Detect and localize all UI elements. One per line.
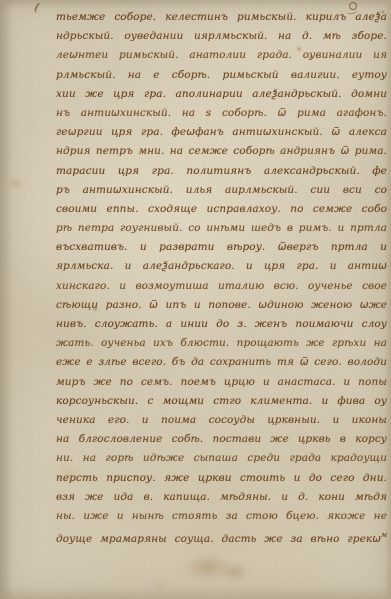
manuscript-line: ни. на горѣ идѣже сыпаша среди града кра…: [56, 449, 387, 468]
manuscript-line: ндрьскый. оуведании иярлмьскый. на д. мѣ…: [56, 27, 387, 46]
manuscript-line: миръ же по семъ. поемъ црцю и анастаса. …: [56, 373, 387, 392]
manuscript-line: взя же ида в. капища. мѣдяны. и д. кони …: [56, 488, 387, 507]
pen-tick-mark: [33, 2, 45, 15]
manuscript-line: въсхвативъ. и разврати вѣроу. ѿвергъ прт…: [56, 238, 387, 257]
manuscript-line: леѡнтеи римьскый. анатолии града. оувина…: [56, 46, 387, 65]
manuscript-line: тарасии цря гра. политиянъ александрьскы…: [56, 162, 387, 181]
manuscript-line: нъ антиѡхинскый. на ѕ соборѣ. ѿ рима ага…: [56, 104, 387, 123]
manuscript-line: корсоуньскыи. с мощми стго климента. и ф…: [56, 392, 387, 411]
manuscript-line: ченика его. и поима сосоуды црквныи. и и…: [56, 411, 387, 430]
manuscript-line: хии же цря гра. аполинарии алеѯандрьскый…: [56, 85, 387, 104]
manuscript-line: ны. иже и нынѣ стоять за стою бцею. якож…: [56, 507, 387, 526]
stain: [221, 563, 249, 581]
manuscript-line: хинскаго. и возмоутиша италию всю. оучен…: [56, 277, 387, 296]
manuscript-line: тьемже соборе. келестинъ римьскый. кирил…: [56, 8, 387, 27]
stain: [150, 580, 172, 592]
manuscript-page: тьемже соборе. келестинъ римьскый. кирил…: [0, 0, 391, 599]
manuscript-line: геѡргии цря гра. феѡфанъ антиѡхинскый. ѿ…: [56, 123, 387, 142]
superscript-abbreviation: м: [381, 531, 387, 539]
manuscript-line-last: доуще мрамаряны соуща. дасть же за вѣно …: [56, 526, 387, 545]
stain: [8, 178, 24, 189]
manuscript-line: своими еппы. сходяще исправлахоу. по сем…: [56, 200, 387, 219]
manuscript-line: ндрия петръ мни. на семже соборѣ андриян…: [56, 142, 387, 161]
manuscript-line: сѣющи разно. ѿ ипъ и попове. ѡдиною жено…: [56, 296, 387, 315]
manuscript-line: рѣ петра гоугнивый. со инѣми шедъ в римъ…: [56, 219, 387, 238]
manuscript-line: жать. оученьа ихъ блюсти. прощають же гр…: [56, 334, 387, 353]
manuscript-line: персть приспоу. яже цркви стоить и до се…: [56, 469, 387, 488]
manuscript-line: на блгословление собѣ. постави же црквь …: [56, 430, 387, 449]
manuscript-line: ярлмьска. и алеѯандрьскаго. и цря гра. и…: [56, 257, 387, 276]
manuscript-line: нивъ. слоужать. а инии до з. женъ поимаю…: [56, 315, 387, 334]
manuscript-text-block: тьемже соборе. келестинъ римьскый. кирил…: [56, 8, 387, 545]
manuscript-line-text: доуще мрамаряны соуща. дасть же за вѣно …: [56, 533, 381, 545]
manuscript-line: ръ антиѡхинскый. илья аирлмьскый. сии вс…: [56, 181, 387, 200]
stain: [183, 553, 233, 581]
manuscript-photo: { "manuscript": { "parchment_color": "#d…: [0, 0, 391, 599]
manuscript-line: еже е злѣе всего. бъ да сохранить тя ѿ с…: [56, 353, 387, 372]
manuscript-line: рлмьскый. на е сборѣ. римьскый валигии. …: [56, 66, 387, 85]
